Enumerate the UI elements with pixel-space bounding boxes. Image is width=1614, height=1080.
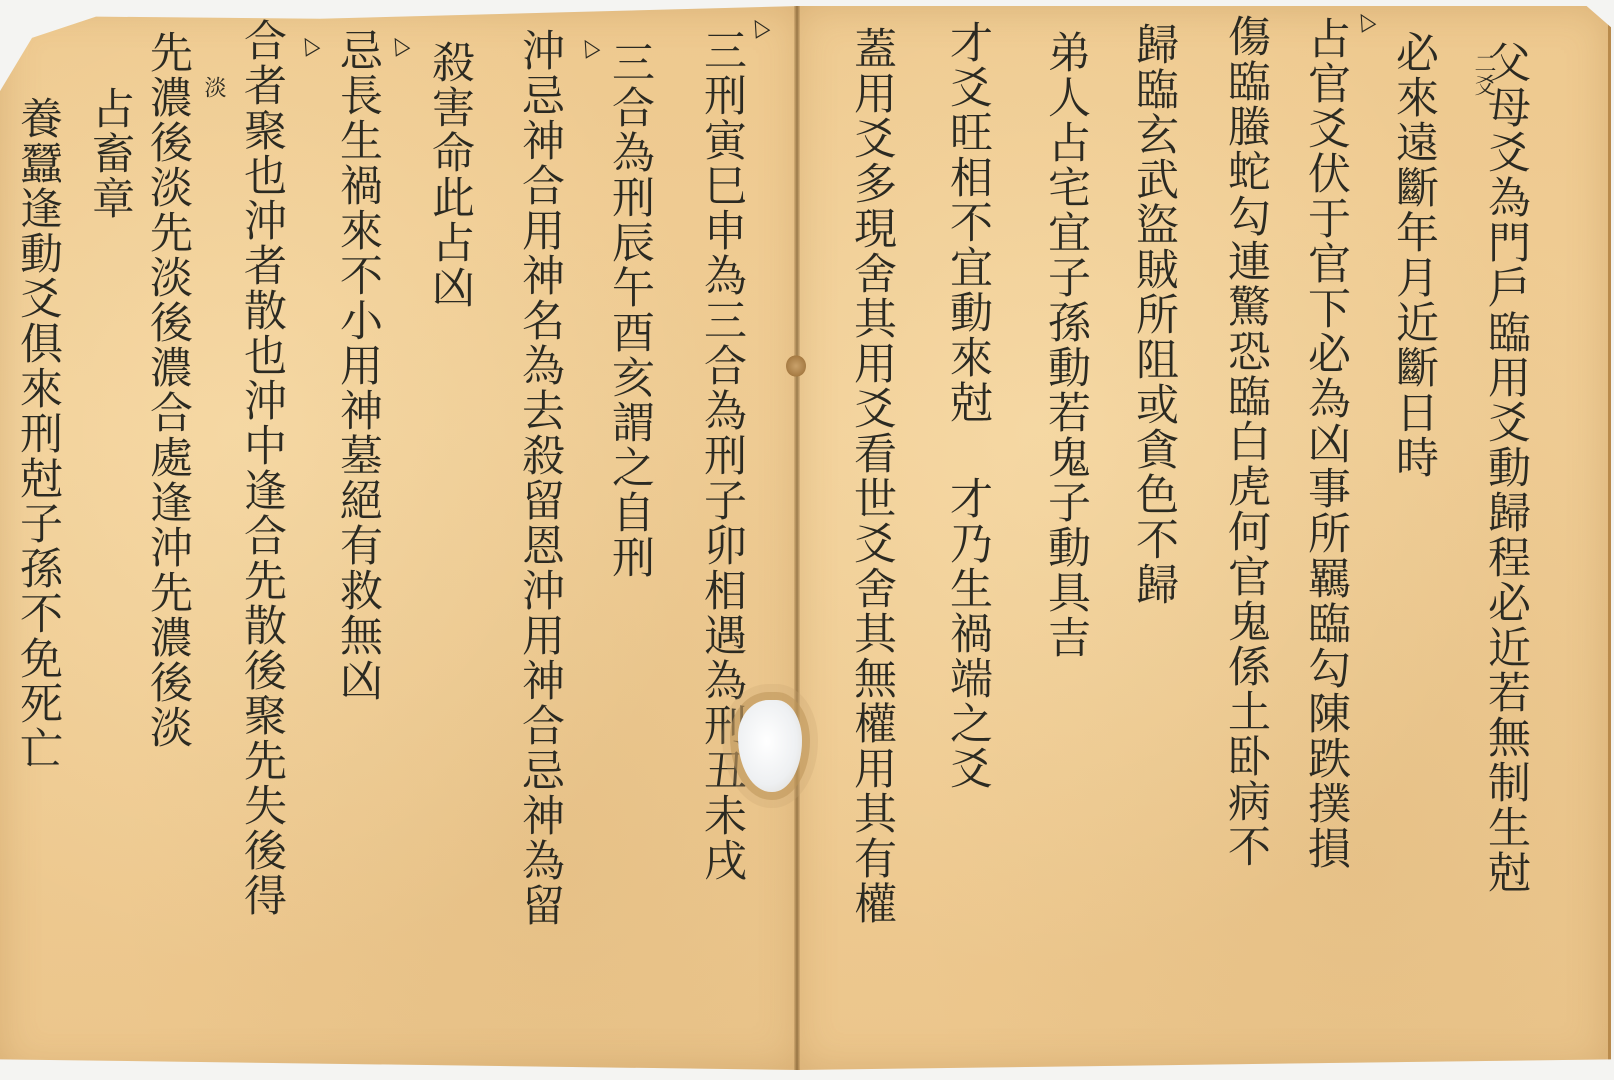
text-column-l9: 養蠶逢動爻俱來刑尅子孫不免死亡 [16,96,59,771]
triangle-mark: △ [1351,5,1378,35]
text-column-l1: 三刑寅巳申為三合為刑子卯相遇為刑丑未戌 [700,28,743,883]
text-column-r7-tail: 才乃生禍端之爻 [946,476,989,791]
side-note-l7: 淡 [198,76,229,98]
triangle-mark: △ [575,31,602,61]
text-column-l4: 殺害命此占凶 [428,40,471,310]
right-page: 父母爻為門戶臨用爻動歸程必近若無制生尅 二爻 必來遠斷年月近斷日時 占官爻伏于官… [796,6,1611,1070]
side-note-r1: 二爻 [1468,52,1499,96]
text-column-l3: 沖忌神合用神名為去殺留恩沖用神合忌神為留 [518,28,561,928]
binding-thread-knot [786,355,806,377]
manuscript-spread: 三刑寅巳申為三合為刑子卯相遇為刑丑未戌 三合為刑辰午酉亥謂之自刑 沖忌神合用神名… [0,0,1614,1080]
left-page: 三刑寅巳申為三合為刑子卯相遇為刑丑未戌 三合為刑辰午酉亥謂之自刑 沖忌神合用神名… [0,6,800,1070]
text-column-r3: 占官爻伏于官下必為凶事所羈臨勾陳跌撲損 [1304,16,1347,871]
chapter-heading: 占畜章 [88,86,131,221]
triangle-mark: △ [385,29,412,59]
triangle-mark: △ [745,11,772,41]
binding-fold [794,6,800,1070]
text-column-l5: 忌長生禍來不小用神墓絕有救無凶 [336,28,379,703]
text-column-r5: 歸臨玄武盜賊所阻或貪色不歸 [1132,22,1175,607]
text-column-r2: 必來遠斷年月近斷日時 [1392,30,1435,480]
text-column-l6: 合者聚也沖者散也沖中逢合先散後聚先失後得 [240,18,283,918]
text-column-r8: 蓋用爻多現舍其用爻看世爻舍其無權用其有權 [850,26,893,926]
text-column-r4: 傷臨螣蛇勾連驚恐臨白虎何官鬼係土卧病不 [1224,14,1267,869]
text-column-l2: 三合為刑辰午酉亥謂之自刑 [608,40,651,580]
text-column-r6: 弟人占宅宜子孫動若鬼子動具吉 [1044,30,1087,660]
text-column-l7: 先濃後淡先淡後濃合處逢沖先濃後淡 [146,30,189,750]
text-column-r1: 父母爻為門戶臨用爻動歸程必近若無制生尅 [1484,40,1527,895]
triangle-mark: △ [295,29,322,59]
text-column-r7: 才爻旺相不宜動來尅 [946,20,989,425]
